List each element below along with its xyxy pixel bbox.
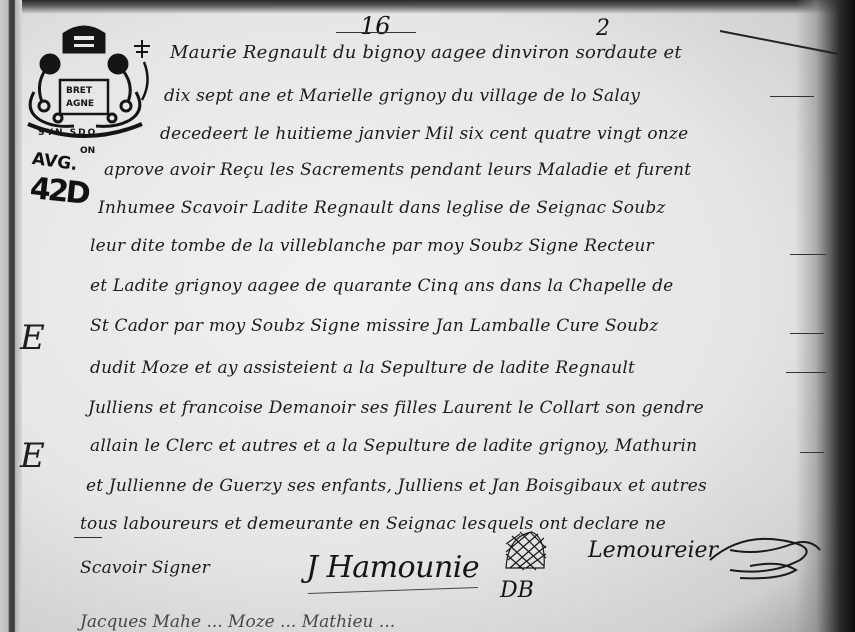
manuscript-line: decedeert le huitieme janvier Mil six ce… — [160, 124, 688, 144]
folio-number-right: 2 — [596, 16, 610, 41]
manuscript-line: et Ladite grignoy aagee de quarante Cinq… — [90, 276, 673, 296]
line-end-rule — [800, 452, 824, 453]
manuscript-line: et Jullienne de Guerzy ses enfants, Jull… — [86, 476, 707, 496]
archive-stamp: BRET AGNE SYN SDO — [14, 22, 156, 146]
manuscript-line: dudit Moze et ay assisteient a la Sepult… — [90, 358, 635, 378]
line-end-rule — [786, 372, 826, 373]
page-top-shadow — [0, 0, 855, 14]
margin-mark: E — [20, 318, 45, 358]
manuscript-line: Inhumee Scavoir Ladite Regnault dans leg… — [98, 198, 666, 218]
manuscript-line: Julliens et francoise Demanoir ses fille… — [88, 398, 704, 418]
register-page: BRET AGNE SYN SDO ON AVG. 42D 16 2 Mauri… — [0, 0, 855, 632]
margin-rule — [8, 0, 9, 632]
manuscript-line: allain le Clerc et autres et a la Sepult… — [90, 436, 697, 456]
folio-underline — [336, 32, 416, 33]
signature-paraph-icon — [700, 530, 830, 580]
mark-initials: DB — [500, 578, 534, 603]
cote-number: 42D — [28, 171, 89, 212]
line-start-rule — [74, 537, 102, 538]
cote-on: ON — [80, 146, 95, 156]
manuscript-line: Scavoir Signer — [80, 558, 210, 578]
manuscript-line: leur dite tombe de la villeblanche par m… — [90, 236, 654, 256]
folio-number-left: 16 — [360, 12, 391, 40]
stamp-text-agne: AGNE — [66, 99, 94, 109]
crosshatch-mark-icon — [502, 528, 548, 572]
line-end-rule — [790, 254, 826, 255]
manuscript-line: St Cador par moy Soubz Signe missire Jan… — [90, 316, 658, 336]
stamp-motto: SYN SDO — [38, 128, 97, 138]
manuscript-line: dix sept ane et Marielle grignoy du vill… — [164, 86, 640, 106]
manuscript-line: Maurie Regnault du bignoy aagee dinviron… — [170, 42, 682, 63]
next-entry-cut-off: Jacques Mahe ... Moze ... Mathieu ... — [80, 612, 395, 632]
signature-hamounie: J Hamounie — [306, 550, 479, 585]
line-end-rule — [790, 333, 824, 334]
signature-flourish — [308, 587, 478, 594]
signature-lemoureier: Lemoureier — [588, 538, 718, 563]
margin-mark: E — [20, 436, 45, 476]
line-end-rule — [770, 96, 814, 97]
stamp-text-bret: BRET — [66, 86, 92, 96]
manuscript-line: aprove avoir Reçu les Sacrements pendant… — [104, 160, 691, 180]
manuscript-line: tous laboureurs et demeurante en Seignac… — [80, 514, 666, 534]
